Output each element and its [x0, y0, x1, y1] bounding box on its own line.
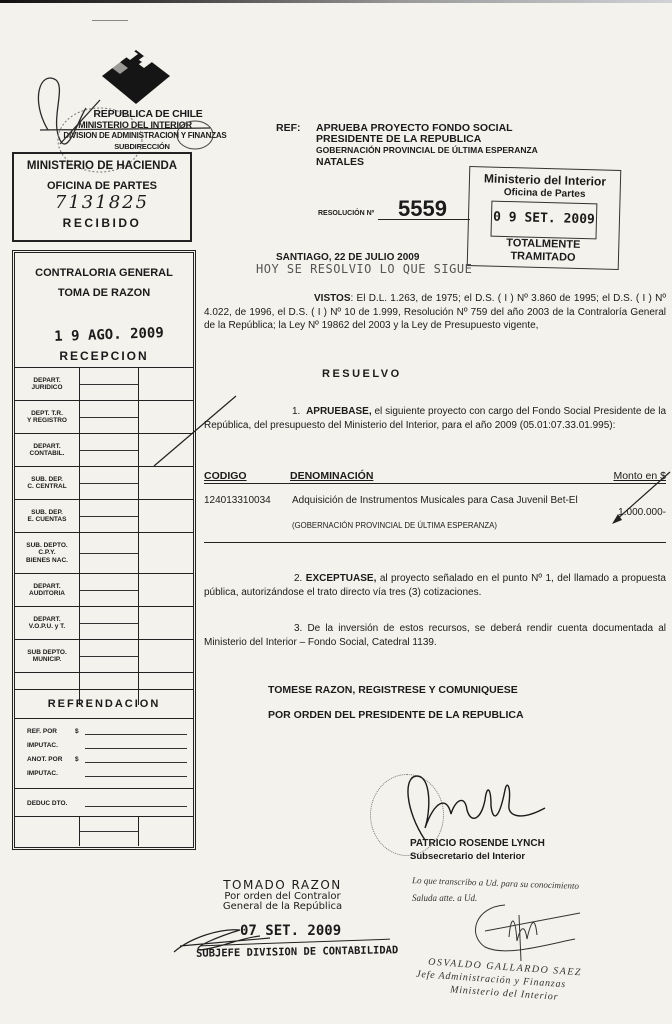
signature-cell [80, 467, 139, 499]
stamp-date-box: 0 9 SET. 2009 [490, 201, 597, 240]
notes-cell [139, 574, 193, 606]
department-label: SUB DEPTO. MUNICIP. [15, 640, 80, 672]
signature-cell [80, 574, 139, 606]
point-3-paragraph: 3. De la inversión de estos recursos, se… [204, 622, 666, 649]
blank-field [85, 726, 187, 735]
signature-cell [80, 640, 139, 672]
contraloria-reception: RECEPCION [15, 349, 193, 363]
department-label: SUB. DEPTO. C.P.Y. BIENES NAC. [15, 533, 80, 573]
tomado-razon-title: TOMADO RAZON [195, 878, 370, 892]
interior-office-stamp: Ministerio del Interior Oficina de Parte… [467, 166, 622, 270]
hacienda-received-stamp: MINISTERIO DE HACIENDA OFICINA DE PARTES… [12, 152, 192, 242]
ref-label: REF: [276, 122, 301, 134]
department-label: DEPT. T.R. Y REGISTRO [15, 401, 80, 433]
signature-cell [80, 368, 139, 400]
refrendacion-row: ANOT. POR$ [27, 754, 187, 763]
hacienda-status: RECIBIDO [14, 216, 190, 230]
stamp-status-2: TRAMITADO [468, 249, 618, 265]
notes-cell [139, 467, 193, 499]
department-row: SUB DEPTO. MUNICIP. [15, 639, 193, 672]
signature-cell [80, 500, 139, 532]
column-header-code: CODIGO [204, 470, 247, 482]
department-label: DEPART. V.O.P.U. y T. [15, 607, 80, 639]
column-header-denomination: DENOMINACIÓN [290, 470, 373, 482]
notes-cell [139, 607, 193, 639]
scan-mark [92, 20, 128, 21]
deduc-row: DEDUC DTO. [27, 798, 187, 807]
signature-icon [395, 770, 560, 845]
signature-cell [80, 401, 139, 433]
tomado-razon-date: 07 SET. 2009 [240, 923, 341, 939]
blank-field [85, 754, 187, 763]
divider [15, 718, 193, 719]
contraloria-subtitle: TOMA DE RAZON [15, 287, 193, 299]
department-row: SUB. DEP. C. CENTRAL [15, 466, 193, 499]
refrendacion-footer-cells [15, 816, 193, 846]
scan-edge [0, 0, 672, 3]
resolution-underline [378, 219, 470, 220]
point-1-paragraph: 1. APRUEBASE, el siguiente proyecto con … [204, 405, 666, 432]
contraloria-date-stamp: 1 9 AGO. 2009 [25, 324, 193, 346]
department-row: SUB. DEPTO. C.P.Y. BIENES NAC. [15, 532, 193, 573]
signature-cell [80, 607, 139, 639]
refrendacion-row: IMPUTAC. [27, 768, 187, 777]
department-row: SUB. DEP. E. CUENTAS [15, 499, 193, 532]
department-label: SUB. DEP. C. CENTRAL [15, 467, 80, 499]
signatory-name: PATRICIO ROSENDE LYNCH [410, 838, 545, 849]
arrow-mark-icon [606, 470, 672, 530]
divider [15, 788, 193, 789]
hacienda-title: MINISTERIO DE HACIENDA [14, 160, 190, 172]
tomado-razon-line-2: General de la República [195, 902, 370, 912]
hacienda-office: OFICINA DE PARTES [14, 180, 190, 192]
resolution-stamp-text: HOY SE RESOLVIO LO QUE SIGUE [256, 262, 472, 276]
signature-cell [80, 434, 139, 466]
blank-field [85, 768, 187, 777]
refrendacion-block: REFRENDACION REF. POR$ IMPUTAC. ANOT. PO… [15, 689, 193, 846]
ref-line-3: GOBERNACIÓN PROVINCIAL DE ÚLTIMA ESPERAN… [316, 145, 538, 155]
refrendacion-row: IMPUTAC. [27, 740, 187, 749]
point-2-paragraph: 2. EXCEPTUASE, al proyecto señalado en e… [204, 572, 666, 599]
tomado-razon-footer: SUBJEFE DIVISION DE CONTABILIDAD [196, 944, 398, 960]
ref-line-2: PRESIDENTE DE LA REPUBLICA [316, 133, 481, 145]
row-code: 124013310034 [204, 495, 271, 506]
signatory-title: Subsecretario del Interior [410, 851, 525, 862]
department-row: DEPART. V.O.P.U. y T. [15, 606, 193, 639]
notes-cell [139, 500, 193, 532]
notes-cell [139, 533, 193, 573]
hacienda-number: 7131825 [14, 192, 190, 213]
contraloria-title: CONTRALORIA GENERAL [15, 267, 193, 279]
table-header: CODIGO DENOMINACIÓN Monto en $ [204, 470, 666, 484]
transcription-signature-icon [465, 895, 585, 965]
resolution-label: RESOLUCIÓN Nº [318, 210, 374, 217]
row-subtitle: (GOBERNACIÓN PROVINCIAL DE ÚLTIMA ESPERA… [292, 521, 497, 530]
vistos-paragraph: VISTOS: El D.L. 1.263, de 1975; el D.S. … [204, 292, 666, 333]
notes-cell [139, 640, 193, 672]
signature-cell [80, 533, 139, 573]
blank-field [85, 798, 187, 807]
department-row: DEPART. AUDITORIA [15, 573, 193, 606]
stamp-date: 0 9 SET. 2009 [492, 210, 596, 228]
department-label: DEPART. JURIDICO [15, 368, 80, 400]
department-label: DEPART. AUDITORIA [15, 574, 80, 606]
refrendacion-title: REFRENDACION [15, 698, 193, 710]
transcription-line-1: Lo que transcribo a Ud. para su conocimi… [412, 875, 579, 891]
table-bottom-rule [204, 542, 666, 543]
closing-line-2: POR ORDEN DEL PRESIDENTE DE LA REPUBLICA [268, 709, 524, 721]
closing-line-1: TOMESE RAZON, REGISTRESE Y COMUNIQUESE [268, 684, 518, 696]
vistos-label: VISTOS [314, 293, 351, 304]
refrendacion-row: REF. POR$ [27, 726, 187, 735]
contraloria-panel: CONTRALORIA GENERAL TOMA DE RAZON 1 9 AG… [12, 250, 196, 850]
blank-field [85, 740, 187, 749]
department-label: SUB. DEP. E. CUENTAS [15, 500, 80, 532]
department-label: DEPART. CONTABIL. [15, 434, 80, 466]
resuelvo-heading: RESUELVO [322, 368, 402, 380]
ref-line-4: NATALES [316, 156, 364, 168]
